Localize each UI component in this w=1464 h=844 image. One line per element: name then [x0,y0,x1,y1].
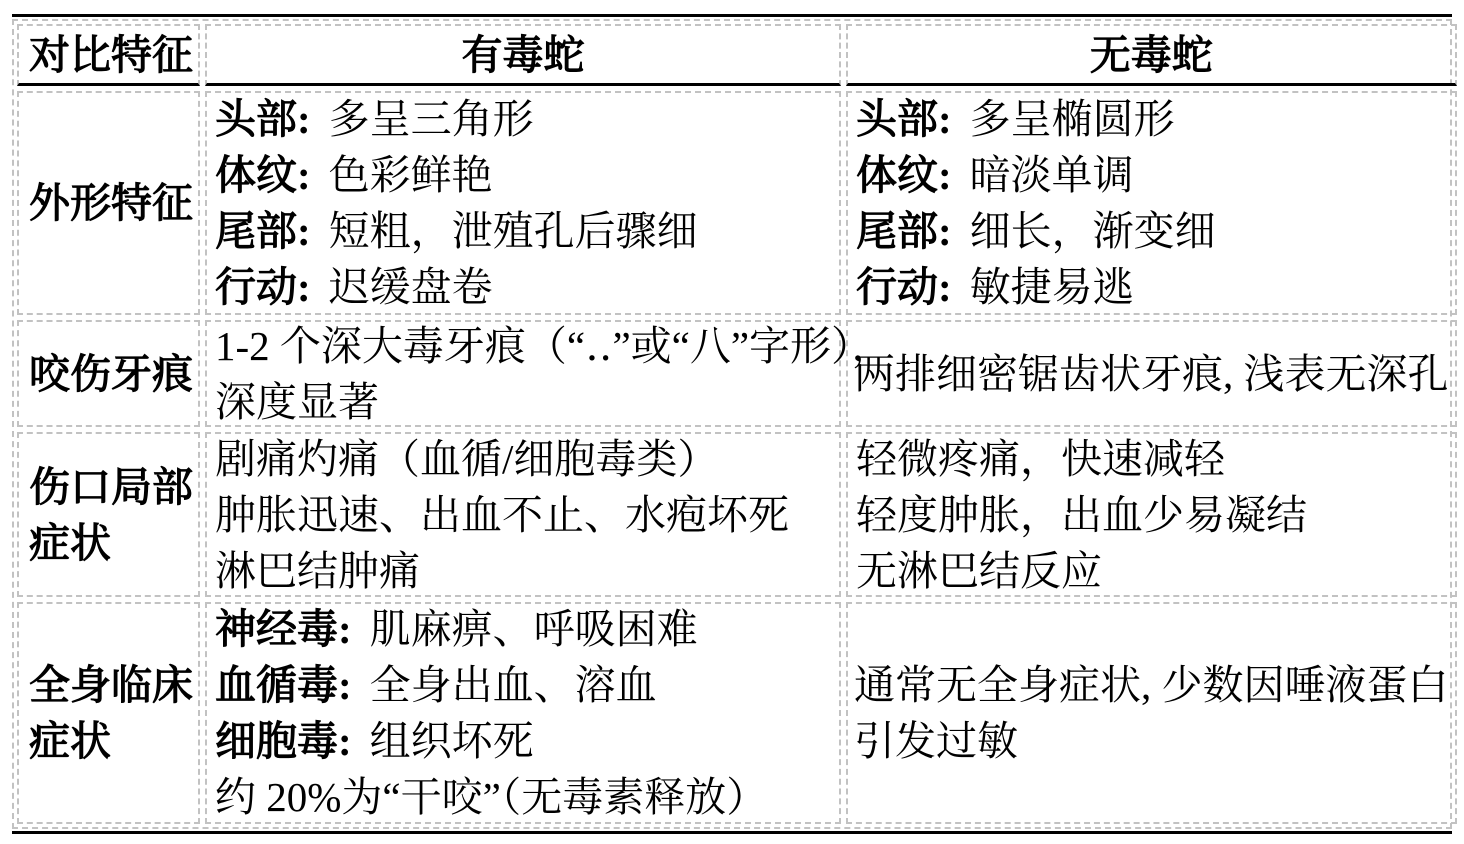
table-top-rule [12,14,1452,17]
row-appearance-nonvenomous-cell: 头部:多呈椭圆形 体纹:暗淡单调 尾部:细长，渐变细 行动:敏捷易逃 [846,91,1457,315]
text-line: 通常无全身症状, 少数因唾液蛋白 [854,657,1449,713]
text-line: 无淋巴结反应 [856,543,1447,599]
header-cell-nonvenomous: 无毒蛇 [846,24,1457,86]
line-text: 暗淡单调 [970,152,1134,198]
row-label: 外形特征 [29,175,190,231]
row-systemic-venomous-cell: 神经毒:肌麻痹、呼吸困难 血循毒:全身出血、溶血 细胞毒:组织坏死 约 20%为… [205,602,841,824]
row-bite-nonvenomous-cell: 两排细密锯齿状牙痕, 浅表无深孔 [846,320,1457,427]
line-label: 体纹: [856,152,952,198]
labeled-line: 尾部:短粗，泄殖孔后骤细 [215,203,831,259]
labeled-line: 尾部:细长，渐变细 [856,203,1447,259]
line-text: 多呈三角形 [329,96,534,142]
header-venomous-label: 有毒蛇 [462,27,585,83]
row-appearance-feature-cell: 外形特征 [17,91,200,315]
header-cell-feature: 对比特征 [17,24,200,86]
line-text: 肌麻痹、呼吸困难 [370,606,698,652]
line-label: 行动: [215,264,311,310]
text-line: 剧痛灼痛（血循/细胞毒类） [215,431,831,487]
line-text: 组织坏死 [370,718,534,764]
line-text: 色彩鲜艳 [329,152,493,198]
text-line: 两排细密锯齿状牙痕, 浅表无深孔 [854,346,1449,402]
text-line: 约 20%为“干咬”（无毒素释放） [215,769,831,825]
line-text: 迟缓盘卷 [329,264,493,310]
table-grid: 对比特征 有毒蛇 无毒蛇 外形特征 头部:多呈三角形 体纹:色彩鲜艳 尾部:短粗… [17,24,1447,824]
row-label: 咬伤牙痕 [29,346,190,402]
line-label: 神经毒: [215,606,352,652]
line-label: 头部: [856,96,952,142]
row-label-line: 症状 [29,515,190,571]
labeled-line: 体纹:暗淡单调 [856,147,1447,203]
row-label-line: 伤口局部 [29,459,190,515]
text-line: 1-2 个深大毒牙痕（“‥”或“八”字形）， [215,318,831,374]
row-label-line: 全身临床 [29,657,190,713]
document-page: 对比特征 有毒蛇 无毒蛇 外形特征 头部:多呈三角形 体纹:色彩鲜艳 尾部:短粗… [0,0,1464,844]
row-appearance-venomous-cell: 头部:多呈三角形 体纹:色彩鲜艳 尾部:短粗，泄殖孔后骤细 行动:迟缓盘卷 [205,91,841,315]
row-bite-feature-cell: 咬伤牙痕 [17,320,200,427]
line-label: 尾部: [215,208,311,254]
line-label: 血循毒: [215,662,352,708]
labeled-line: 体纹:色彩鲜艳 [215,147,831,203]
snake-comparison-table: 对比特征 有毒蛇 无毒蛇 外形特征 头部:多呈三角形 体纹:色彩鲜艳 尾部:短粗… [12,19,1452,829]
line-text: 全身出血、溶血 [370,662,657,708]
header-cell-venomous: 有毒蛇 [205,24,841,86]
text-line: 淋巴结肿痛 [215,543,831,599]
labeled-line: 血循毒:全身出血、溶血 [215,657,831,713]
labeled-line: 头部:多呈三角形 [215,91,831,147]
table-bottom-rule [12,831,1452,834]
line-label: 头部: [215,96,311,142]
row-label-line: 症状 [29,713,190,769]
header-feature-label: 对比特征 [29,27,190,83]
line-label: 体纹: [215,152,311,198]
header-nonvenomous-label: 无毒蛇 [1090,27,1213,83]
row-systemic-feature-cell: 全身临床 症状 [17,602,200,824]
labeled-line: 神经毒:肌麻痹、呼吸困难 [215,601,831,657]
line-text: 敏捷易逃 [970,264,1134,310]
text-line: 深度显著 [215,374,831,430]
row-local-venomous-cell: 剧痛灼痛（血循/细胞毒类） 肿胀迅速、出血不止、水疱坏死 淋巴结肿痛 [205,432,841,597]
line-text: 多呈椭圆形 [970,96,1175,142]
text-line: 肿胀迅速、出血不止、水疱坏死 [215,487,831,543]
text-line: 轻度肿胀，出血少易凝结 [856,487,1447,543]
labeled-line: 头部:多呈椭圆形 [856,91,1447,147]
text-line: 轻微疼痛，快速减轻 [856,431,1447,487]
line-text: 细长，渐变细 [970,208,1216,254]
line-label: 行动: [856,264,952,310]
row-systemic-nonvenomous-cell: 通常无全身症状, 少数因唾液蛋白 引发过敏 [846,602,1457,824]
text-line: 引发过敏 [854,713,1449,769]
line-label: 细胞毒: [215,718,352,764]
labeled-line: 细胞毒:组织坏死 [215,713,831,769]
row-bite-venomous-cell: 1-2 个深大毒牙痕（“‥”或“八”字形）， 深度显著 [205,320,841,427]
labeled-line: 行动:敏捷易逃 [856,259,1447,315]
line-label: 尾部: [856,208,952,254]
labeled-line: 行动:迟缓盘卷 [215,259,831,315]
row-local-feature-cell: 伤口局部 症状 [17,432,200,597]
line-text: 短粗，泄殖孔后骤细 [329,208,698,254]
row-local-nonvenomous-cell: 轻微疼痛，快速减轻 轻度肿胀，出血少易凝结 无淋巴结反应 [846,432,1457,597]
